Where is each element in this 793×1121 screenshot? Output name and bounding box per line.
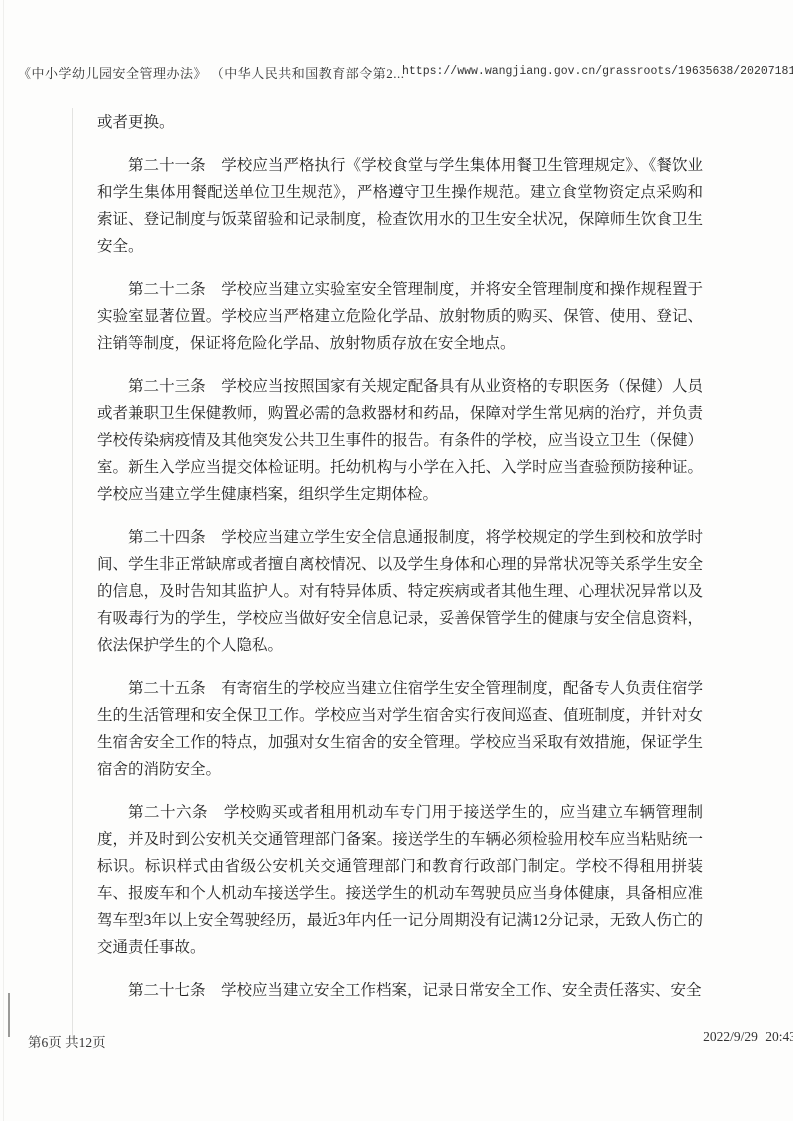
article-24-paragraph: 第二十四条 学校应当建立学生安全信息通报制度，将学校规定的学生到校和放学时间、学… — [97, 524, 703, 659]
article-25-paragraph: 第二十五条 有寄宿生的学校应当建立住宿学生安全管理制度，配备专人负责住宿学生的生… — [97, 675, 703, 783]
document-page: 《中小学幼儿园安全管理办法》 （中华人民共和国教育部令第2... https:/… — [0, 0, 793, 1121]
scan-artifact-corner-mark — [8, 993, 10, 1037]
print-header-source-url: https://www.wangjiang.gov.cn/grassroots/… — [402, 65, 793, 78]
print-footer-timestamp: 2022/9/29 20:43 — [703, 1029, 793, 1045]
scan-artifact-left-edge-line — [3, 0, 4, 1121]
continuation-paragraph: 或者更换。 — [97, 109, 703, 136]
article-26-paragraph: 第二十六条 学校购买或者租用机动车专门用于接送学生的，应当建立车辆管理制度，并及… — [97, 799, 703, 961]
article-27-paragraph: 第二十七条 学校应当建立安全工作档案，记录日常安全工作、安全责任落实、安全 — [97, 977, 703, 1004]
article-23-paragraph: 第二十三条 学校应当按照国家有关规定配备具有从业资格的专职医务（保健）人员或者兼… — [97, 373, 703, 508]
document-body: 或者更换。 第二十一条 学校应当严格执行《学校食堂与学生集体用餐卫生管理规定》、… — [97, 109, 703, 1004]
print-footer-page-number: 第6页 共12页 — [28, 1031, 106, 1051]
scan-artifact-margin-line — [72, 108, 73, 1040]
article-22-paragraph: 第二十二条 学校应当建立实验室安全管理制度，并将安全管理制度和操作规程置于实验室… — [97, 276, 703, 357]
print-header-document-title: 《中小学幼儿园安全管理办法》 （中华人民共和国教育部令第2... — [18, 63, 405, 82]
article-21-paragraph: 第二十一条 学校应当严格执行《学校食堂与学生集体用餐卫生管理规定》、《餐饮业和学… — [97, 152, 703, 260]
